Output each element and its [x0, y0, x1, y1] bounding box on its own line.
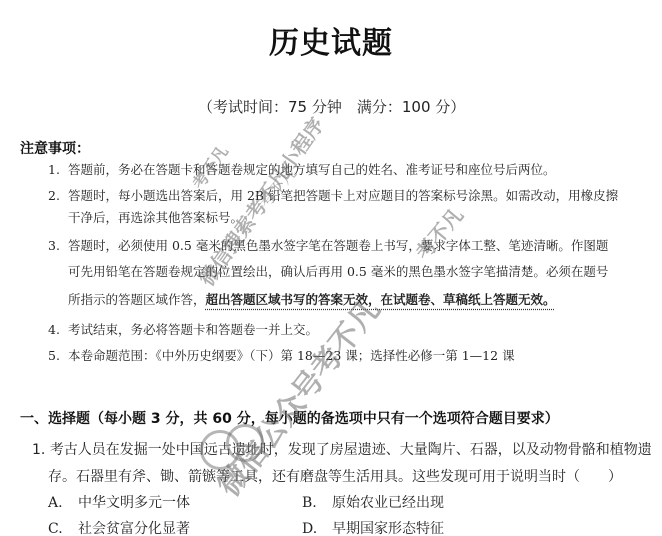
notes-heading: 注意事项： [20, 138, 90, 158]
note-text: 考试结束，务必将答题卡和答题卷一并上交。 [68, 322, 318, 337]
note-3: 3.答题时，必须使用 0.5 毫米的黑色墨水签字笔在答题卷上书写，要求字体工整、… [48, 236, 608, 254]
question-1-cont: 存。石器里有斧、锄、箭镞等工具，还有磨盘等生活用具。这些发现可用于说明当时（ ） [48, 466, 622, 486]
option-a[interactable]: A.中华文明多元一体 [48, 492, 190, 512]
option-c[interactable]: C.社会贫富分化显著 [48, 518, 190, 536]
note-text: 答题前，务必在答题卡和答题卷规定的地方填写自己的姓名、准考证号和座位号后两位。 [68, 162, 556, 177]
option-letter: C. [48, 521, 78, 536]
note-number: 5. [48, 348, 68, 363]
note-number: 3. [48, 238, 68, 253]
option-text: 中华文明多元一体 [78, 495, 190, 511]
exam-title: 历史试题 [0, 18, 662, 62]
note-3-cont-2: 所指示的答题区域作答，超出答题区域书写的答案无效，在试题卷、草稿纸上答题无效。 [68, 290, 556, 308]
note-2: 2.答题时，每小题选出答案后，用 2B 铅笔把答题卡上对应题目的答案标号涂黑。如… [48, 186, 618, 204]
option-letter: D. [302, 521, 332, 536]
question-1: 1. 考古人员在发掘一处中国远古遗址时，发现了房屋遗迹、大量陶片、石器，以及动物… [32, 439, 652, 459]
note-5: 5.本卷命题范围：《中外历史纲要》（下）第 18—23 课；选择性必修一第 1—… [48, 346, 515, 364]
note-text: 答题时，每小题选出答案后，用 2B 铅笔把答题卡上对应题目的答案标号涂黑。如需改… [68, 188, 618, 203]
note-text: 所指示的答题区域作答， [68, 292, 206, 307]
section-heading: 一、选择题（每小题 3 分，共 60 分，每小题的备选项中只有一个选项符合题目要… [20, 408, 559, 428]
note-number: 2. [48, 188, 68, 203]
note-number: 1. [48, 162, 68, 177]
note-4: 4.考试结束，务必将答题卡和答题卷一并上交。 [48, 320, 318, 338]
option-b[interactable]: B.原始农业已经出现 [302, 492, 444, 512]
note-text: 本卷命题范围：《中外历史纲要》（下）第 18—23 课；选择性必修一第 1—12… [68, 348, 515, 363]
option-d[interactable]: D.早期国家形态特征 [302, 518, 444, 536]
exam-subtitle: （考试时间：75 分钟 满分：100 分） [198, 96, 465, 117]
note-1: 1.答题前，务必在答题卡和答题卷规定的地方填写自己的姓名、准考证号和座位号后两位… [48, 160, 556, 178]
note-number: 4. [48, 322, 68, 337]
question-text: 考古人员在发掘一处中国远古遗址时，发现了房屋遗迹、大量陶片、石器，以及动物骨骼和… [50, 442, 652, 458]
note-2-cont: 干净后，再选涂其他答案标号。 [68, 208, 243, 226]
note-text: 答题时，必须使用 0.5 毫米的黑色墨水签字笔在答题卷上书写，要求字体工整、笔迹… [68, 238, 608, 253]
note-3-cont-1: 可先用铅笔在答题卷规定的位置绘出，确认后再用 0.5 毫米的黑色墨水签字笔描清楚… [68, 262, 608, 280]
question-number: 1. [32, 442, 45, 458]
note-emphasis: 超出答题区域书写的答案无效，在试题卷、草稿纸上答题无效。 [206, 292, 556, 307]
option-text: 早期国家形态特征 [332, 521, 444, 536]
option-letter: B. [302, 495, 332, 511]
option-letter: A. [48, 495, 78, 511]
option-text: 原始农业已经出现 [332, 495, 444, 511]
option-text: 社会贫富分化显著 [78, 521, 190, 536]
watermark-4: 考不凡 [408, 200, 469, 265]
